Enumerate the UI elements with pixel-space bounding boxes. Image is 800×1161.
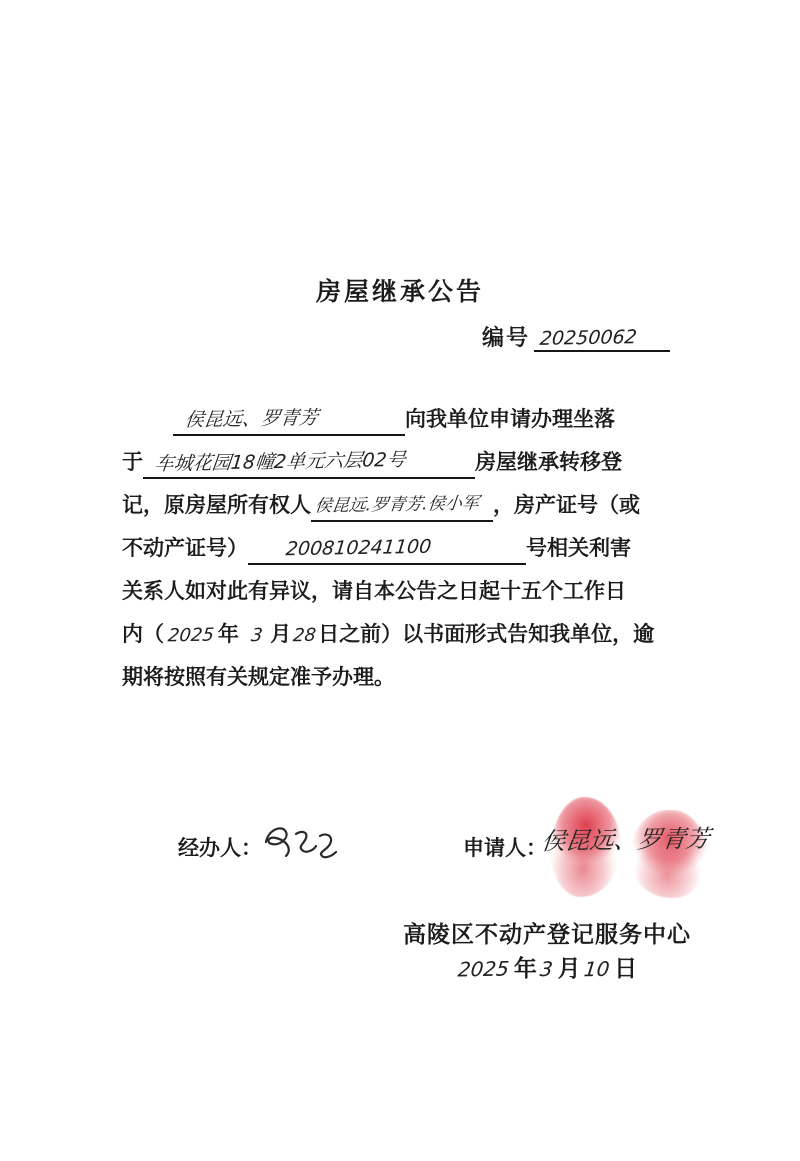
number-blank-line: 20250062 [534, 324, 670, 352]
body-line-6-seg1: 内（ [122, 619, 164, 651]
document-title: 房屋继承公告 [0, 272, 800, 308]
issue-date-year-unit: 年 [514, 953, 537, 983]
body-line-3-suffix: ，房产证号（或 [493, 490, 640, 522]
body-line-4-prefix: 不动产证号） [122, 533, 248, 565]
deadline-month-handwritten: 3 [249, 621, 264, 651]
notice-document-page: 房屋继承公告 编号 20250062 侯昆远、罗青芳 向我单位申请办理坐落 于 … [0, 0, 800, 1161]
body-line-5-text: 关系人如对此有异议，请自本公告之日起十五个工作日 [122, 576, 626, 608]
owners-blank-line: 侯昆远.罗青芳.侯小军 [311, 491, 493, 522]
number-label: 编号 [482, 321, 530, 352]
issue-date-month-unit: 月 [558, 953, 581, 983]
owners-handwritten: 侯昆远.罗青芳.侯小军 [313, 490, 480, 521]
handler-signature-scribble [258, 810, 342, 870]
issue-date-year-handwritten: 2025 [456, 955, 510, 984]
applicants-blank-line: 侯昆远、罗青芳 [173, 405, 405, 436]
body-line-1: 侯昆远、罗青芳 向我单位申请办理坐落 [122, 402, 638, 436]
body-line-6-seg-end: 日之前）以书面形式告知我单位，逾 [318, 619, 654, 651]
body-line-2-prefix: 于 [122, 447, 143, 479]
body-line-6-year-unit: 年 [218, 619, 239, 651]
applicant-signatures-handwritten: 侯昆远、罗青芳 [540, 819, 712, 857]
deadline-day-handwritten: 28 [292, 621, 318, 651]
body-line-2: 于 车城花园18幢2单元六层02号 房屋继承转移登 [122, 445, 638, 479]
document-number-row: 编号 20250062 [482, 321, 670, 352]
applicants-handwritten: 侯昆远、罗青芳 [183, 404, 319, 434]
issue-date-day-unit: 日 [614, 953, 637, 983]
body-line-6-month-unit: 月 [270, 619, 291, 651]
deadline-year-handwritten: 2025 [166, 621, 215, 652]
body-line-3: 记，原房屋所有权人 侯昆远.罗青芳.侯小军 ，房产证号（或 [122, 488, 638, 522]
body-line-7: 期将按照有关规定准予办理。 [122, 660, 638, 694]
body-line-4-suffix: 号相关利害 [526, 533, 631, 565]
issue-date-day-handwritten: 10 [582, 955, 610, 983]
body-line-1-text: 向我单位申请办理坐落 [405, 404, 615, 436]
body-line-7-text: 期将按照有关规定准予办理。 [122, 662, 395, 694]
cert-number-handwritten: 200810241100 [284, 533, 432, 564]
number-handwritten-value: 20250062 [539, 324, 639, 352]
handler-label: 经办人： [178, 832, 262, 862]
address-blank-line: 车城花园18幢2单元六层02号 [143, 448, 475, 479]
applicant-label: 申请人： [463, 832, 547, 862]
address-handwritten: 车城花园18幢2单元六层02号 [153, 446, 407, 478]
body-line-2-suffix: 房屋继承转移登 [475, 447, 622, 479]
body-line-4: 不动产证号） 200810241100 号相关利害 [122, 531, 638, 565]
body-line-3-prefix: 记，原房屋所有权人 [122, 490, 311, 522]
issuing-org-name: 高陵区不动产登记服务中心 [403, 916, 691, 949]
body-line-6: 内（ 2025 年 3 月 28 日之前）以书面形式告知我单位，逾 [122, 617, 638, 651]
issue-date-row: 2025 年 3 月 10 日 [458, 953, 640, 983]
body-line-5: 关系人如对此有异议，请自本公告之日起十五个工作日 [122, 574, 638, 608]
issue-date-month-handwritten: 3 [538, 955, 554, 983]
cert-number-blank-line: 200810241100 [248, 534, 526, 565]
